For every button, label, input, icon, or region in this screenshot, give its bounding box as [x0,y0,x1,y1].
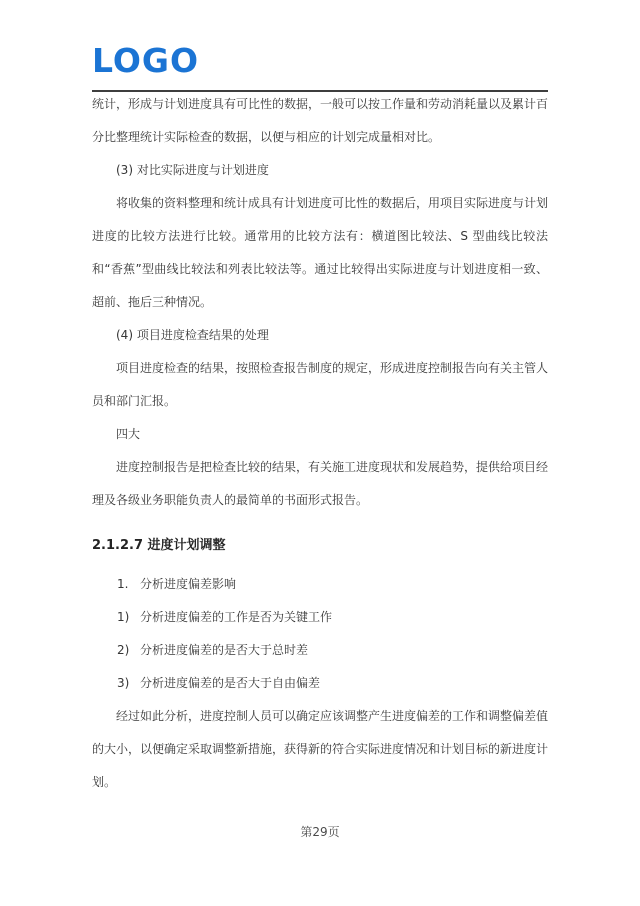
list-item: 3)分析进度偏差的是否大于自由偏差 [92,667,548,700]
logo: LOGO [92,44,548,77]
list-item-marker: 2) [117,634,140,667]
list-item-text: 分析进度偏差的是否大于自由偏差 [140,676,320,690]
list-item: 1)分析进度偏差的工作是否为关键工作 [92,601,548,634]
paragraph: (4) 项目进度检查结果的处理 [92,319,548,352]
list-item-marker: 1. [117,568,140,601]
list-item-text: 分析进度偏差的工作是否为关键工作 [140,610,332,624]
page-number: 第29页 [300,825,339,839]
paragraph: 进度控制报告是把检查比较的结果，有关施工进度现状和发展趋势，提供给项目经理及各级… [92,451,548,517]
list-item: 2)分析进度偏差的是否大于总时差 [92,634,548,667]
paragraph: 经过如此分析，进度控制人员可以确定应该调整产生进度偏差的工作和调整偏差值的大小，… [92,700,548,799]
list-item-text: 分析进度偏差的是否大于总时差 [140,643,308,657]
list-item-marker: 1) [117,601,140,634]
list-item-text: 分析进度偏差影响 [140,577,236,591]
list-item-marker: 3) [117,667,140,700]
paragraph: 四大 [92,418,548,451]
page-header: LOGO [92,44,548,92]
paragraph: 统计，形成与计划进度具有可比性的数据，一般可以按工作量和劳动消耗量以及累计百分比… [92,88,548,154]
list-item: 1.分析进度偏差影响 [92,568,548,601]
section-heading: 2.1.2.7 进度计划调整 [92,529,548,562]
page-footer: 第29页 [0,824,640,840]
paragraph: (3) 对比实际进度与计划进度 [92,154,548,187]
paragraph: 将收集的资料整理和统计成具有计划进度可比性的数据后，用项目实际进度与计划进度的比… [92,187,548,319]
paragraph: 项目进度检查的结果，按照检查报告制度的规定，形成进度控制报告向有关主管人员和部门… [92,352,548,418]
document-body: 统计，形成与计划进度具有可比性的数据，一般可以按工作量和劳动消耗量以及累计百分比… [92,88,548,799]
document-page: LOGO 统计，形成与计划进度具有可比性的数据，一般可以按工作量和劳动消耗量以及… [0,0,640,906]
